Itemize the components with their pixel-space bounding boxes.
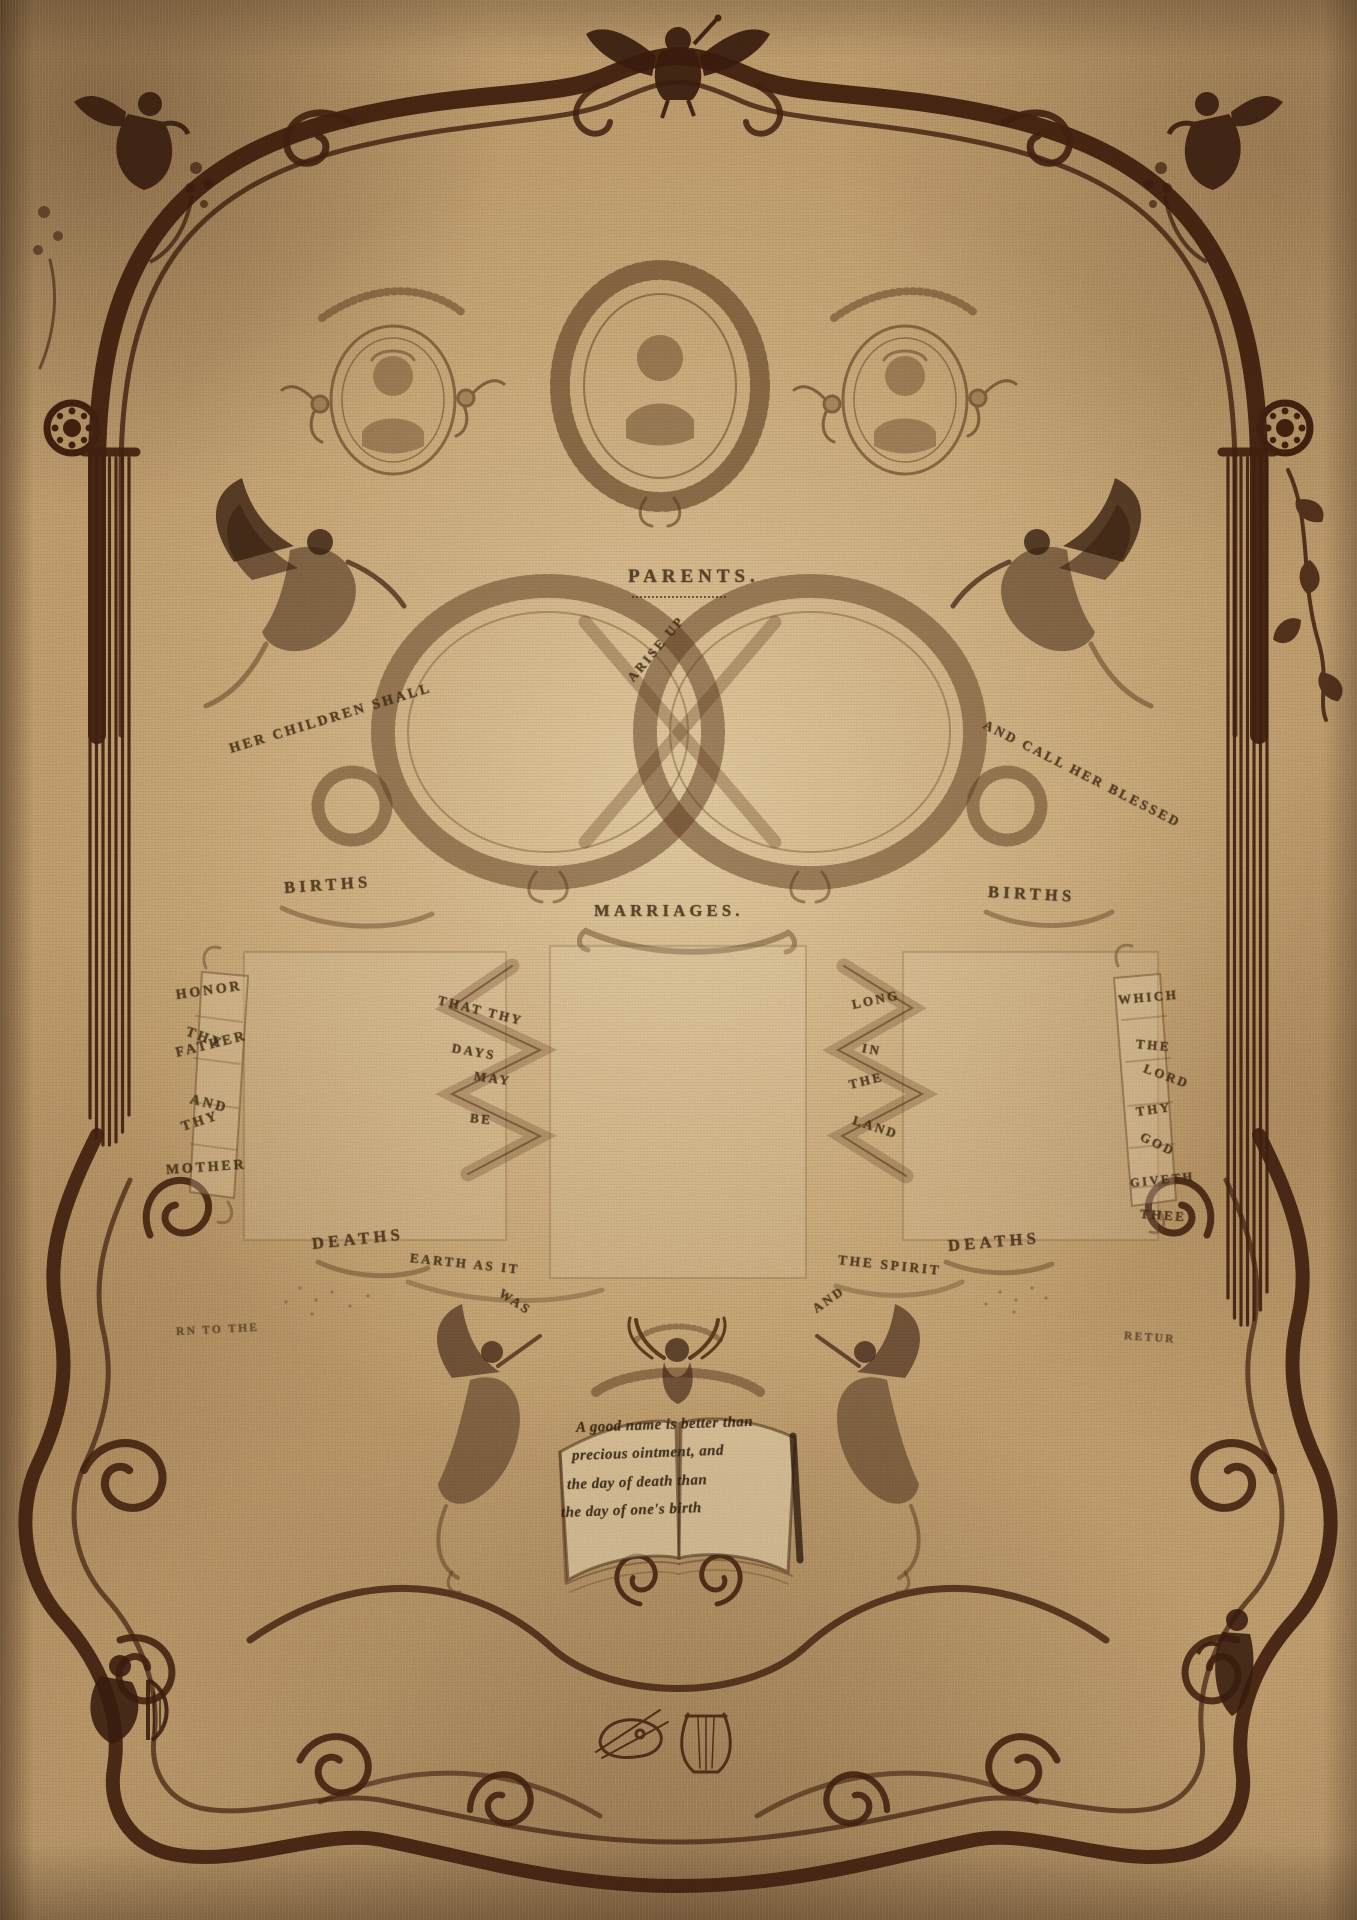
rosette-left-icon — [47, 403, 97, 453]
rosette-right-icon — [1260, 403, 1310, 453]
family-record-certificate: PARENTS. HER CHILDREN SHALL ARISE UP AND… — [0, 0, 1357, 1920]
engraving-artwork — [0, 0, 1357, 1920]
banner-marriages: MARRIAGES. — [594, 901, 744, 921]
right-outer-ribbon-word: THE — [1135, 1036, 1172, 1055]
cherub-over-book-icon — [596, 1318, 760, 1404]
parents-label: PARENTS. — [628, 566, 760, 588]
ivy-vine-icon — [1268, 470, 1348, 720]
left-inner-ribbon-word: BE — [469, 1110, 493, 1128]
small-wreath-left — [318, 772, 386, 840]
flying-angel-right-icon — [953, 478, 1151, 706]
lyre-icon — [682, 1714, 731, 1772]
palette-icon — [596, 1710, 668, 1758]
portrait-medallion-center — [560, 270, 760, 526]
portrait-medallion-right — [794, 291, 1016, 474]
small-wreath-right — [973, 772, 1041, 840]
right-outer-ribbon-word: THEE — [1139, 1206, 1187, 1225]
trumpeting-angel-left-icon — [437, 1304, 540, 1592]
flying-angel-left-icon — [206, 478, 404, 706]
right-inner-ribbon-word: IN — [861, 1040, 883, 1059]
flower-spray-icon — [33, 206, 63, 368]
trumpeting-angel-right-icon — [817, 1304, 920, 1592]
marriages-panel — [550, 946, 806, 1278]
portrait-medallion-left — [282, 291, 504, 474]
parents-underline — [632, 596, 726, 598]
